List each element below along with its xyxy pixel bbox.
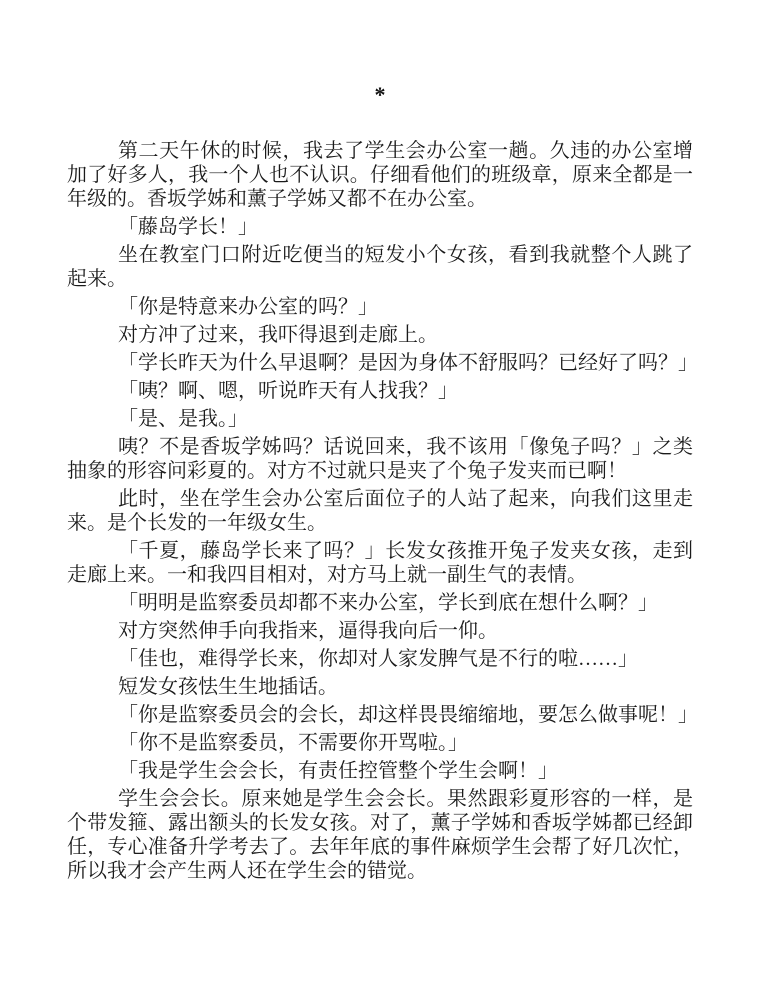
paragraph-narrative-4: 咦？不是香坂学姊吗？话说回来，我不该用「像兔子吗？」之类抽象的形容问彩夏的。对方…	[67, 435, 693, 483]
section-divider: *	[67, 84, 693, 106]
paragraph-dialogue-1: 「藤岛学长！」	[67, 215, 693, 239]
paragraph-narrative-5: 此时，坐在学生会办公室后面位子的人站了起来，向我们这里走来。是个长发的一年级女生…	[67, 487, 693, 535]
paragraph-narrative-2: 坐在教室门口附近吃便当的短发小个女孩，看到我就整个人跳了起来。	[67, 243, 693, 291]
paragraph-dialogue-8: 「佳也，难得学长来，你却对人家发脾气是不行的啦……」	[67, 647, 693, 671]
paragraph-narrative-6: 对方突然伸手向我指来，逼得我向后一仰。	[67, 619, 693, 643]
paragraph-dialogue-10: 「你不是监察委员，不需要你开骂啦。」	[67, 731, 693, 755]
paragraph-narrative-3: 对方冲了过来，我吓得退到走廊上。	[67, 323, 693, 347]
paragraph-dialogue-5: 「是、是我。」	[67, 407, 693, 431]
paragraph-dialogue-3: 「学长昨天为什么早退啊？是因为身体不舒服吗？已经好了吗？」	[67, 351, 693, 375]
paragraph-narrative-8: 学生会会长。原来她是学生会会长。果然跟彩夏形容的一样，是个带发箍、露出额头的长发…	[67, 787, 693, 883]
paragraph-dialogue-9: 「你是监察委员会的会长，却这样畏畏缩缩地，要怎么做事呢！」	[67, 703, 693, 727]
novel-page: * 第二天午休的时候，我去了学生会办公室一趟。久违的办公室增加了好多人，我一个人…	[0, 0, 765, 990]
paragraph-dialogue-4: 「咦？啊、嗯，听说昨天有人找我？」	[67, 379, 693, 403]
text-content: * 第二天午休的时候，我去了学生会办公室一趟。久违的办公室增加了好多人，我一个人…	[0, 0, 765, 883]
paragraph-dialogue-6: 「千夏，藤岛学长来了吗？」长发女孩推开兔子发夹女孩，走到走廊上来。一和我四目相对…	[67, 539, 693, 587]
paragraph-narrative-1: 第二天午休的时候，我去了学生会办公室一趟。久违的办公室增加了好多人，我一个人也不…	[67, 139, 693, 211]
paragraph-dialogue-2: 「你是特意来办公室的吗？」	[67, 295, 693, 319]
paragraph-dialogue-11: 「我是学生会会长，有责任控管整个学生会啊！」	[67, 759, 693, 783]
paragraph-dialogue-7: 「明明是监察委员却都不来办公室，学长到底在想什么啊？」	[67, 591, 693, 615]
paragraph-narrative-7: 短发女孩怯生生地插话。	[67, 675, 693, 699]
